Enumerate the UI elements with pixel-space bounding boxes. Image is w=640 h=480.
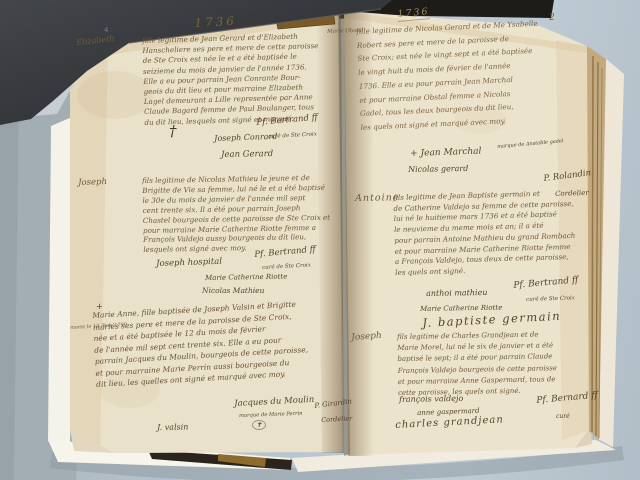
signature: Cordelier — [321, 414, 353, 424]
page-stack-left-edge — [48, 117, 72, 452]
right-page-year-header: 1736 — [397, 6, 430, 22]
signature: Marie Catherine Riotte — [205, 273, 287, 282]
entry-body: Marie Anne, fille baptisée de Joseph Val… — [92, 298, 310, 390]
left-page-year-header: 1736 — [194, 14, 237, 30]
entry-body: fils legitime de Nicolas Mathieu le jeun… — [142, 173, 331, 256]
signature-mark-cross: ✝ — [252, 420, 266, 430]
page-stain — [77, 71, 153, 119]
signature: J. valsin — [157, 422, 188, 432]
signature: Jean Gerard — [221, 149, 273, 160]
signature: Nicolas Mathieu — [202, 286, 264, 295]
signature: Nicolas gerard — [408, 164, 468, 174]
signature: françois valdejo — [399, 394, 463, 404]
entry-margin-name: Joseph — [351, 331, 382, 343]
fore-edge-stripe — [592, 56, 593, 432]
entry-body: fils legitime de Jean Baptiste germain e… — [393, 188, 576, 279]
left-page-folio: 4 — [104, 26, 108, 34]
right-page-number: 2 — [549, 13, 555, 23]
witness-cross-mark: † — [169, 122, 177, 140]
signature: curé — [556, 413, 570, 420]
signature: anthoi mathieu — [426, 288, 488, 298]
archival-photo-stage: 4 1736 Elizabeth fille legitime de Jean … — [0, 0, 640, 480]
entry-body: fils legitime de Charles Grandjean et de… — [397, 329, 557, 399]
entry-body: fille legitime de Jean Gerard et d'Eliza… — [142, 31, 321, 128]
entry-margin-name: Joseph — [78, 177, 107, 188]
entry-body: fille legitime de Nicolas Gerard et de M… — [356, 17, 542, 135]
